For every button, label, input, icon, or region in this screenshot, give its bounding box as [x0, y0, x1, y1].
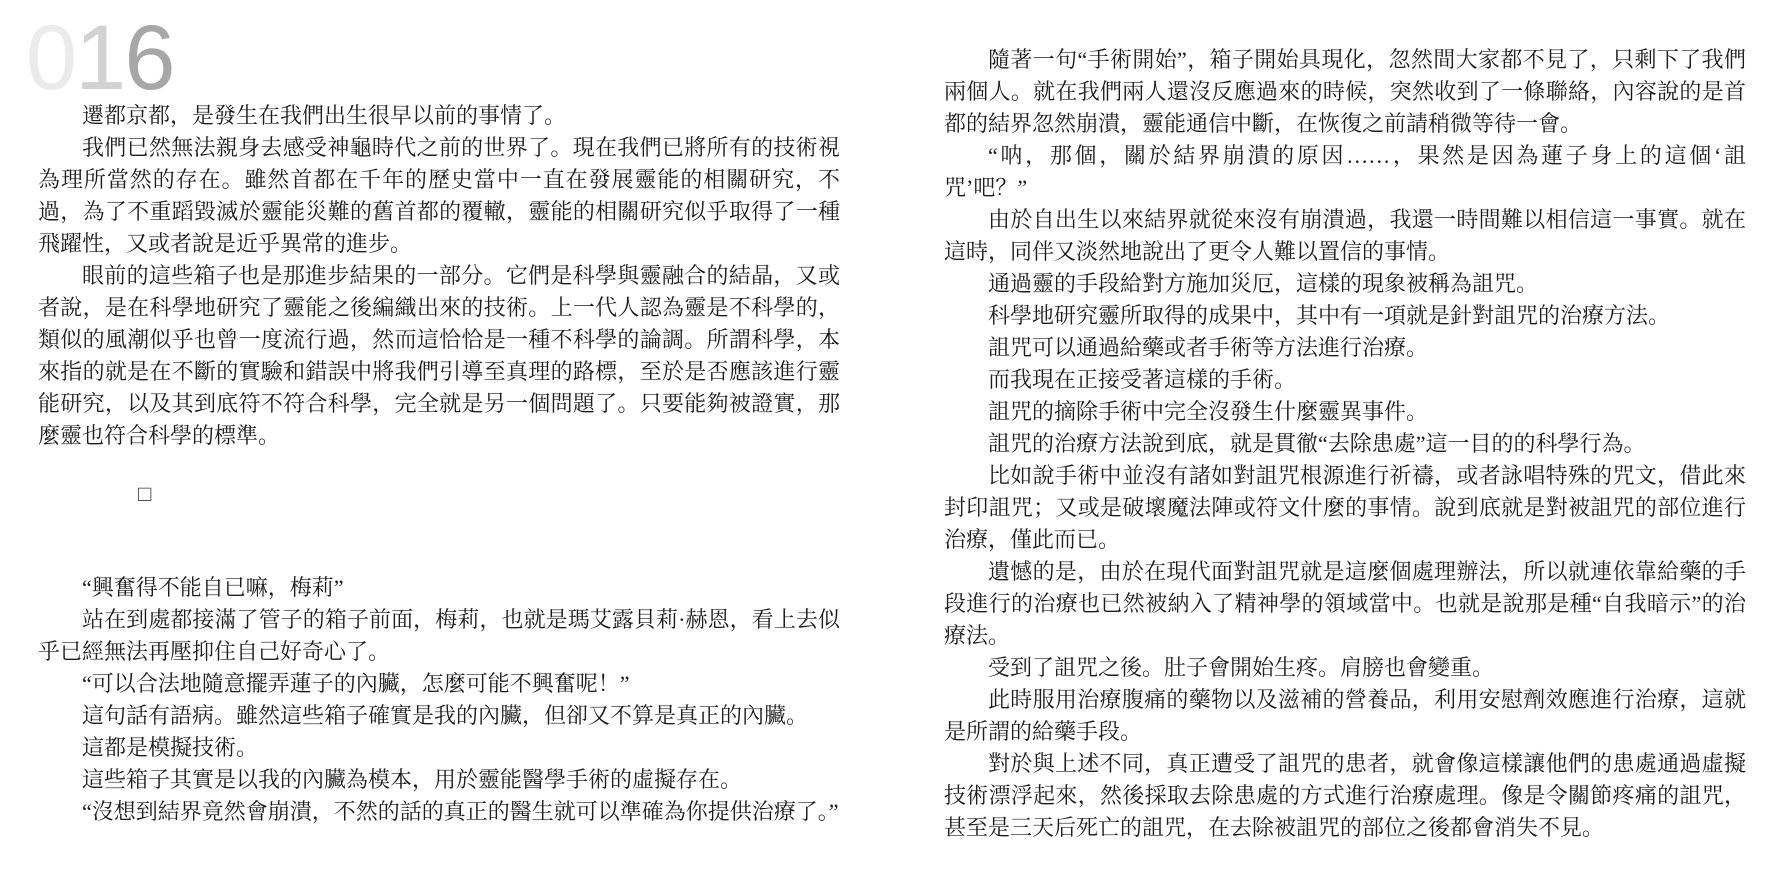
page-number: 016: [26, 12, 174, 104]
paragraph: 詛咒可以通過給藥或者手術等方法進行治療。: [944, 332, 1746, 364]
paragraph: 而我現在正接受著這樣的手術。: [944, 364, 1746, 396]
paragraph: 此時服用治療腹痛的藥物以及滋補的營養品，利用安慰劑效應進行治療，這就是所謂的給藥…: [944, 684, 1746, 748]
section-break: □: [38, 478, 840, 510]
book-spread: 016 遷都京都，是發生在我們出生很早以前的事情了。 我們已然無法親身去感受神龜…: [0, 0, 1772, 886]
page-number-digit: 1: [75, 7, 124, 109]
paragraph: 由於自出生以來結界就從來沒有崩潰過，我還一時間難以相信這一事實。就在這時，同伴又…: [944, 204, 1746, 268]
paragraph: 詛咒的摘除手術中完全沒發生什麼靈異事件。: [944, 396, 1746, 428]
left-page-text: 遷都京都，是發生在我們出生很早以前的事情了。 我們已然無法親身去感受神龜時代之前…: [38, 100, 840, 828]
paragraph: 遷都京都，是發生在我們出生很早以前的事情了。: [38, 100, 840, 132]
dialogue-paragraph: “興奮得不能自已嘛，梅莉”: [38, 572, 840, 604]
paragraph: 這句話有語病。雖然這些箱子確實是我的內臟，但卻又不算是真正的內臟。: [38, 700, 840, 732]
paragraph: 詛咒的治療方法說到底，就是貫徹“去除患處”這一目的的科學行為。: [944, 428, 1746, 460]
paragraph: 受到了詛咒之後。肚子會開始生疼。肩膀也會變重。: [944, 652, 1746, 684]
page-number-digit: 6: [124, 7, 173, 109]
section-break-square-icon: □: [138, 481, 151, 506]
paragraph: 隨著一句“手術開始”，箱子開始具現化，忽然間大家都不見了，只剩下了我們兩個人。就…: [944, 44, 1746, 140]
right-page-text: 隨著一句“手術開始”，箱子開始具現化，忽然間大家都不見了，只剩下了我們兩個人。就…: [944, 44, 1746, 844]
dialogue-paragraph: “可以合法地隨意擺弄蓮子的內臟，怎麼可能不興奮呢！”: [38, 668, 840, 700]
paragraph: 比如說手術中並沒有諸如對詛咒根源進行祈禱，或者詠唱特殊的咒文，借此來封印詛咒；又…: [944, 460, 1746, 556]
dialogue-paragraph: “呐，那個，關於結界崩潰的原因……，果然是因為蓮子身上的這個‘詛咒’吧？”: [944, 140, 1746, 204]
paragraph: 眼前的這些箱子也是那進步結果的一部分。它們是科學與靈融合的結晶，又或者說，是在科…: [38, 260, 840, 452]
page-number-digit: 0: [26, 7, 75, 109]
paragraph: 這些箱子其實是以我的內臟為模本，用於靈能醫學手術的虛擬存在。: [38, 764, 840, 796]
paragraph: 科學地研究靈所取得的成果中，其中有一項就是針對詛咒的治療方法。: [944, 300, 1746, 332]
paragraph: 這都是模擬技術。: [38, 732, 840, 764]
dialogue-paragraph: “沒想到結界竟然會崩潰，不然的話的真正的醫生就可以準確為你提供治療了。”: [38, 796, 840, 828]
paragraph: 我們已然無法親身去感受神龜時代之前的世界了。現在我們已將所有的技術視為理所當然的…: [38, 132, 840, 260]
paragraph: 通過靈的手段給對方施加災厄，這樣的現象被稱為詛咒。: [944, 268, 1746, 300]
paragraph: 對於與上述不同，真正遭受了詛咒的患者，就會像這樣讓他們的患處通過虛擬技術漂浮起來…: [944, 748, 1746, 844]
paragraph: 遺憾的是，由於在現代面對詛咒就是這麼個處理辦法，所以就連依靠給藥的手段進行的治療…: [944, 556, 1746, 652]
paragraph: 站在到處都接滿了管子的箱子前面，梅莉，也就是瑪艾露貝莉·赫恩，看上去似乎已經無法…: [38, 604, 840, 668]
